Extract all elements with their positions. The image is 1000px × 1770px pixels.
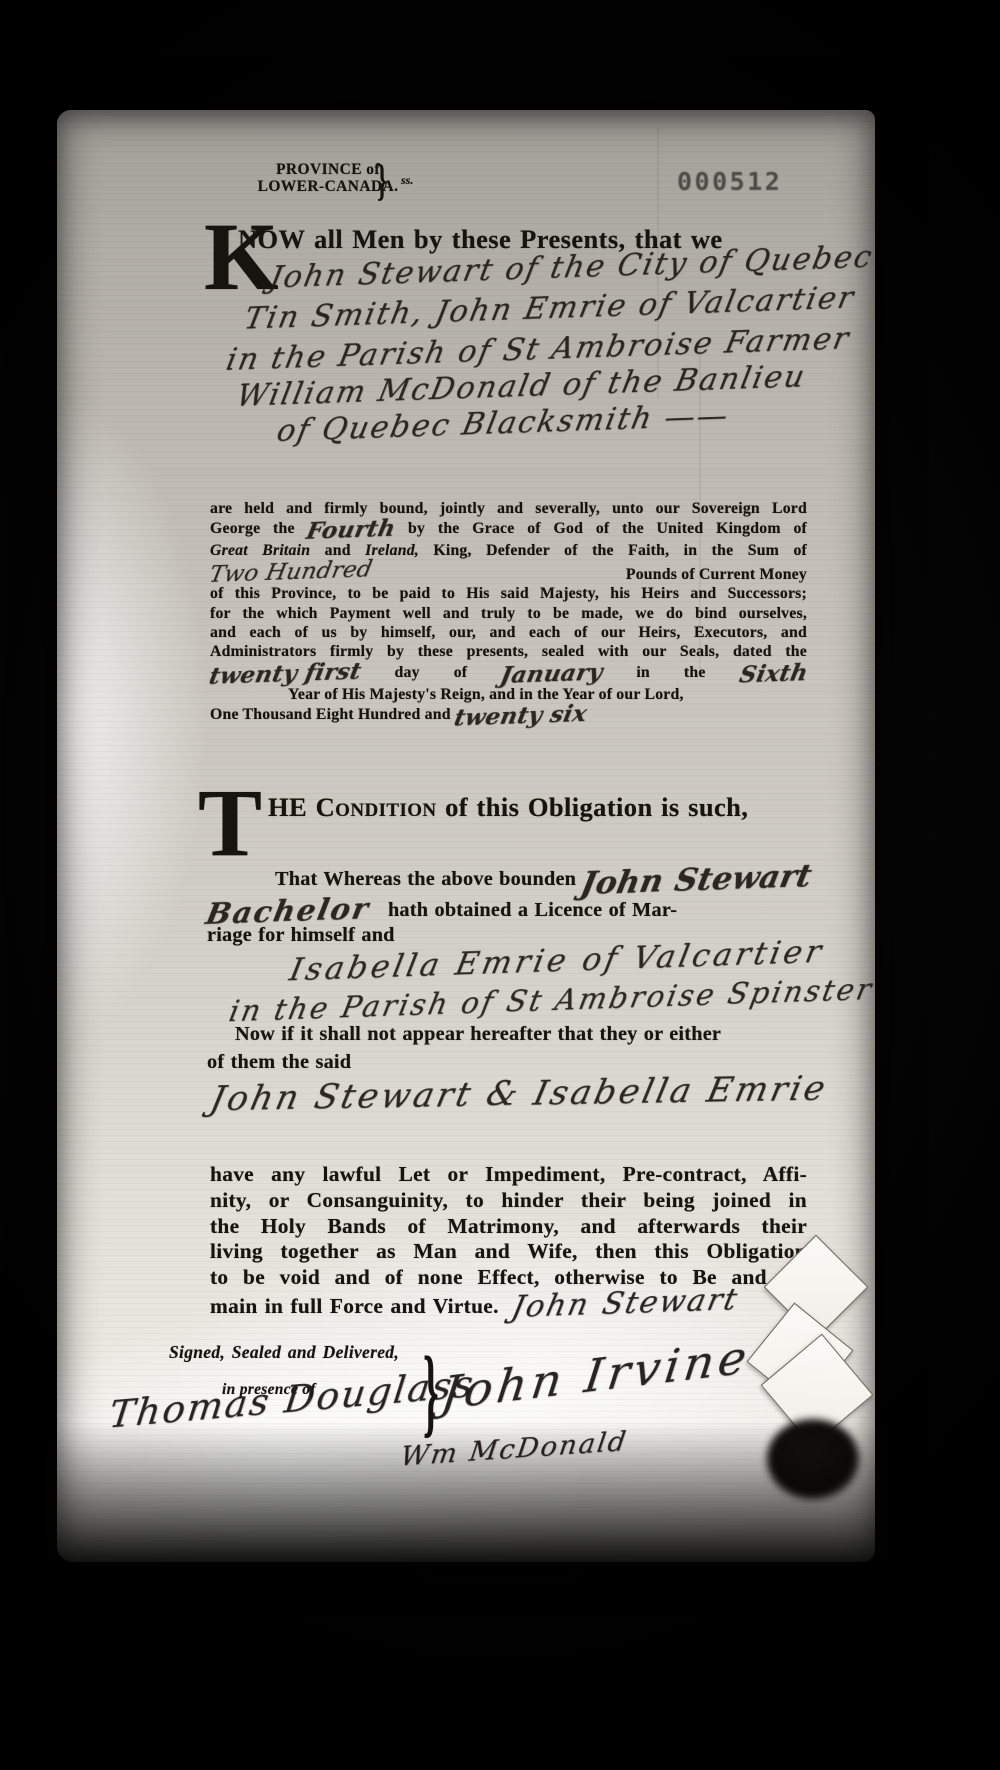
clause-line3: the Holy Bands of Matrimony, and afterwa… [210, 1214, 807, 1240]
clause-line2: nity, or Consanguinity, to hinder their … [210, 1188, 807, 1214]
bond-line6: for the which Payment well and truly to … [210, 604, 807, 623]
bond-line2: George the Fourth by the Grace of God of… [210, 518, 807, 541]
bond-line3-britain: Great Britain [210, 542, 310, 559]
bond-line4: Two HundredPounds of Current Money [210, 561, 807, 584]
clause-line6: main in full Force and Virtue.John Stewa… [210, 1291, 807, 1320]
document-page: PROVINCE of LOWER-CANADA. } ss. 000512 K… [57, 110, 875, 1562]
bond-line2-pre: George the [210, 520, 295, 537]
page-bottom-shadow [45, 1422, 887, 1572]
bond-line11-pre: One Thousand Eight Hundred and [210, 706, 451, 723]
clause-line6-text: main in full Force and Virtue. [210, 1294, 499, 1320]
bond-line7: and each of us by himself, our, and each… [210, 623, 807, 642]
condition-heading-rest: of this Obligation is such, [445, 792, 748, 822]
clause-line1: have any lawful Let or Impediment, Pre-c… [210, 1162, 807, 1188]
licence-rest: hath obtained a Licence of Mar- [388, 899, 677, 921]
condition-heading-smallcaps: Condition [316, 792, 437, 822]
signed-sealed-line: Signed, Sealed and Delivered, [169, 1342, 399, 1363]
condition-heading-he: HE [268, 792, 307, 822]
handwritten-monarch-ordinal: Fourth [305, 517, 398, 543]
header-brace: } [377, 156, 387, 207]
bond-line3-rest: King, Defender of the Faith, in the Sum … [433, 542, 807, 559]
bachelor-line: Bachelor hath obtained a Licence of Mar- [207, 894, 677, 928]
bond-line1: are held and firmly bound, jointly and s… [210, 499, 807, 518]
handwritten-regnal-year: Sixth [737, 661, 809, 686]
now-line1: Now if it shall not appear hereafter tha… [235, 1023, 721, 1046]
condition-heading: HE Condition of this Obligation is such, [268, 792, 748, 823]
clause-line4: living together as Man and Wife, then th… [210, 1239, 807, 1265]
bond-line2-post: by the Grace of God of the United Kingdo… [408, 520, 807, 537]
handwritten-year: twenty six [452, 702, 589, 730]
ss-abbreviation: ss. [401, 173, 413, 188]
bond-line9: twenty first day of January in the Sixth [210, 662, 807, 685]
bond-line9-inthe: in the [636, 664, 705, 681]
bond-line4-rest: Pounds of Current Money [626, 565, 807, 584]
photo-background: PROVINCE of LOWER-CANADA. } ss. 000512 K… [0, 0, 1000, 1770]
serial-number-stamp: 000512 [677, 167, 782, 196]
dropcap-t: T [198, 788, 262, 857]
principal-signature: John Stewart [509, 1287, 741, 1321]
bond-line9-dayof: day of [395, 664, 468, 681]
handwritten-sum: Two Hundred [207, 558, 374, 587]
now-line2: of them the said [207, 1051, 351, 1074]
clause-paragraph: have any lawful Let or Impediment, Pre-c… [210, 1162, 807, 1320]
whereas-pre: That Whereas the above bounden [275, 868, 576, 890]
riage-line: riage for himself and [207, 924, 395, 947]
handwritten-day: twenty first [207, 659, 363, 687]
handwritten-couple-names: John Stewart & Isabella Emrie [207, 1069, 832, 1120]
bond-line5: of this Province, to be paid to His said… [210, 584, 807, 603]
bond-line11: One Thousand Eight Hundred and twenty si… [210, 704, 807, 727]
bond-paragraph: are held and firmly bound, jointly and s… [210, 499, 807, 727]
signature-john-irvine: John Irvine [438, 1330, 753, 1420]
handwritten-month: January [499, 660, 605, 687]
